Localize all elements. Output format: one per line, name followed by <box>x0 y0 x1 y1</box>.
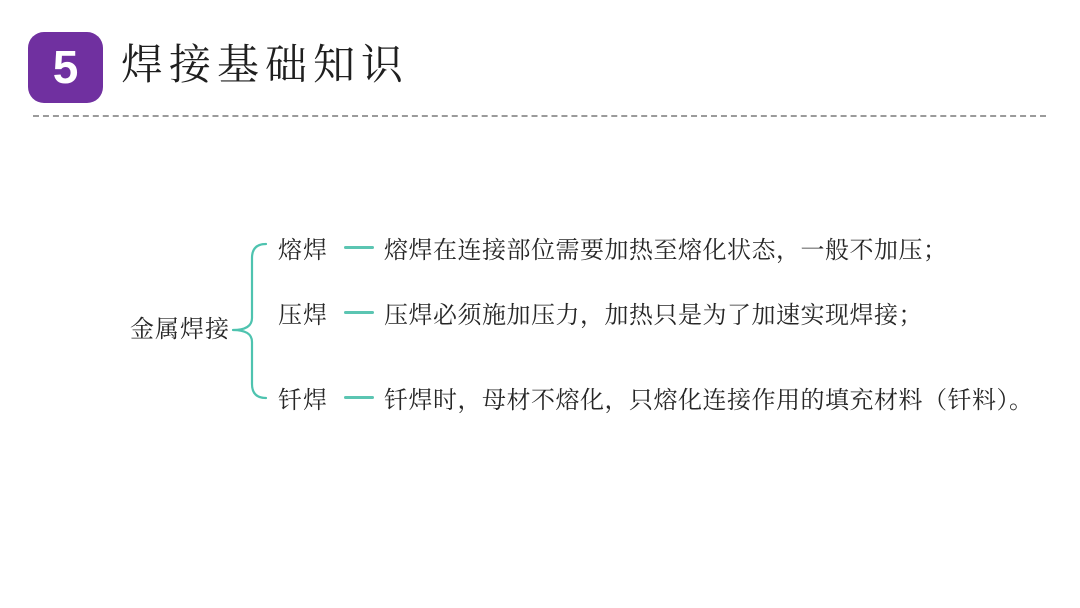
slide-title: 焊接基础知识 <box>121 41 409 89</box>
branch-label: 压焊 <box>278 295 328 330</box>
branch-description: 熔焊在连接部位需要加热至熔化状态，一般不加压； <box>384 230 948 265</box>
section-number-badge: 5 <box>28 32 103 103</box>
branch-description: 钎焊时，母材不熔化，只熔化连接作用的填充材料（钎料）。 <box>384 380 1034 415</box>
diagram-root-label: 金属焊接 <box>130 316 230 344</box>
brace-connector <box>226 236 272 404</box>
branch-row-pressure-welding: 压焊 压焊必须施加压力，加热只是为了加速实现焊接； <box>278 296 923 328</box>
branch-description: 压焊必须施加压力，加热只是为了加速实现焊接； <box>384 295 923 330</box>
branch-label: 钎焊 <box>278 380 328 415</box>
branch-label: 熔焊 <box>278 230 328 265</box>
connector-dash <box>344 246 374 249</box>
section-number: 5 <box>53 44 79 90</box>
branch-row-brazing: 钎焊 钎焊时，母材不熔化，只熔化连接作用的填充材料（钎料）。 <box>278 381 1034 413</box>
presentation-slide: 5 焊接基础知识 金属焊接 熔焊 熔焊在连接部位需要加热至熔化状态，一般不加压；… <box>0 0 1080 608</box>
branch-row-fusion-welding: 熔焊 熔焊在连接部位需要加热至熔化状态，一般不加压； <box>278 231 948 263</box>
connector-dash <box>344 396 374 399</box>
dashed-divider <box>33 115 1046 117</box>
connector-dash <box>344 311 374 314</box>
